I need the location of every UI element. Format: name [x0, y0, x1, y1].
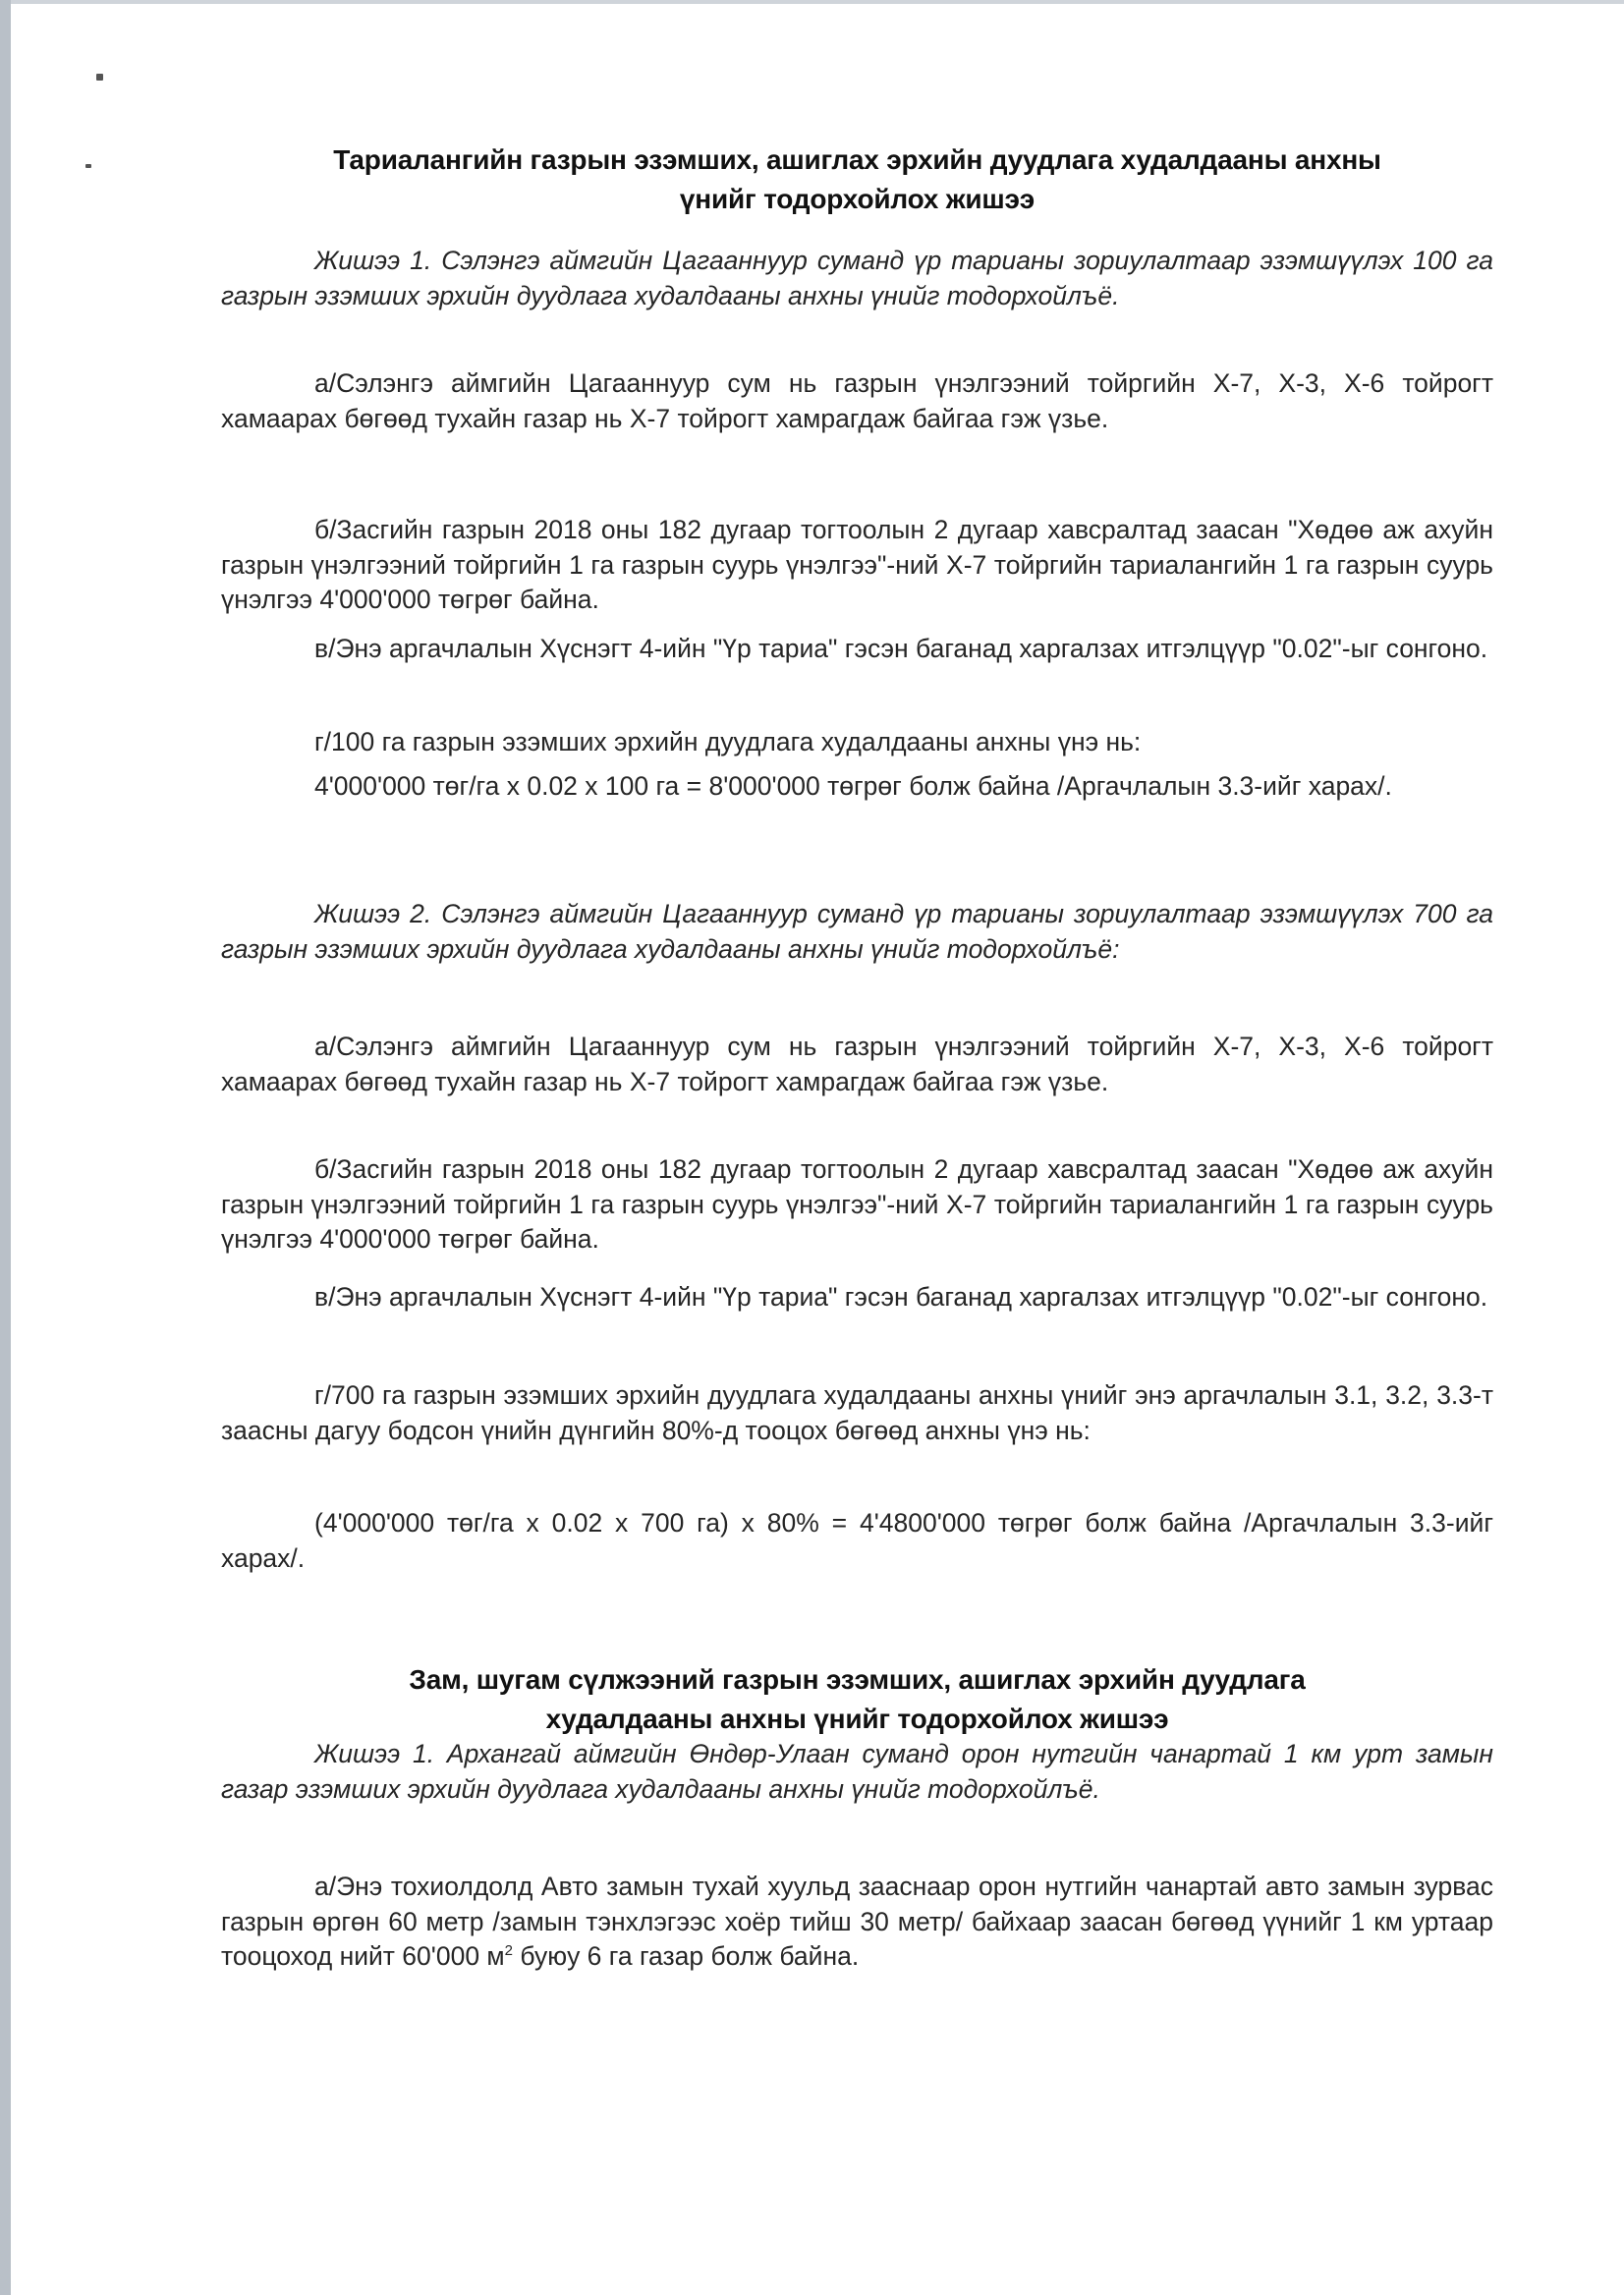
- example1-intro-text: Жишээ 1. Сэлэнгэ аймгийн Цагааннуур сума…: [221, 246, 1493, 310]
- example2-item-b-text: б/Засгийн газрын 2018 оны 182 дугаар тог…: [221, 1154, 1493, 1254]
- example1-item-b-text: б/Засгийн газрын 2018 оны 182 дугаар тог…: [221, 515, 1493, 614]
- example2-item-v: в/Энэ аргачлалын Хүснэгт 4-ийн "Үр тариа…: [221, 1280, 1493, 1315]
- scan-speck: [96, 74, 103, 81]
- section2-heading-line1: Зам, шугам сүлжээний газрын эзэмших, аши…: [221, 1660, 1493, 1700]
- section1-heading-line1: Тариалангийн газрын эзэмших, ашиглах эрх…: [221, 140, 1493, 180]
- road-example1-item-a-text-end: буюу 6 га газар болж байна.: [513, 1941, 859, 1971]
- example1-intro: Жишээ 1. Сэлэнгэ аймгийн Цагааннуур сума…: [221, 244, 1493, 313]
- example2-intro-text: Жишээ 2. Сэлэнгэ аймгийн Цагааннуур сума…: [221, 899, 1493, 964]
- example2-item-a-text: а/Сэлэнгэ аймгийн Цагааннуур сум нь газр…: [221, 1032, 1493, 1096]
- example2-item-g: г/700 га газрын эзэмших эрхийн дуудлага …: [221, 1378, 1493, 1448]
- road-example1-intro: Жишээ 1. Архангай аймгийн Өндөр-Улаан су…: [221, 1737, 1493, 1807]
- example2-item-g-text: г/700 га газрын эзэмших эрхийн дуудлага …: [221, 1380, 1493, 1445]
- example1-item-a-text: а/Сэлэнгэ аймгийн Цагааннуур сум нь газр…: [221, 368, 1493, 433]
- section2-heading: Зам, шугам сүлжээний газрын эзэмших, аши…: [221, 1660, 1493, 1739]
- scan-left-edge: [0, 0, 11, 2295]
- example1-item-v: в/Энэ аргачлалын Хүснэгт 4-ийн "Үр тариа…: [221, 632, 1493, 667]
- road-example1-intro-text: Жишээ 1. Архангай аймгийн Өндөр-Улаан су…: [221, 1739, 1493, 1804]
- example1-item-b: б/Засгийн газрын 2018 оны 182 дугаар тог…: [221, 513, 1493, 618]
- section1-heading-line2: үнийг тодорхойлох жишээ: [221, 180, 1493, 219]
- section1-heading: Тариалангийн газрын эзэмших, ашиглах эрх…: [221, 140, 1493, 219]
- superscript-2: 2: [505, 1942, 513, 1959]
- example1-formula-text: 4'000'000 төг/га x 0.02 x 100 га = 8'000…: [314, 771, 1392, 801]
- scan-top-edge: [0, 0, 1624, 4]
- example2-formula: (4'000'000 төг/га x 0.02 x 700 га) x 80%…: [221, 1506, 1493, 1576]
- example1-formula: 4'000'000 төг/га x 0.02 x 100 га = 8'000…: [221, 769, 1493, 805]
- road-example1-item-a: а/Энэ тохиолдолд Авто замын тухай хуульд…: [221, 1870, 1493, 1975]
- example2-item-a: а/Сэлэнгэ аймгийн Цагааннуур сум нь газр…: [221, 1030, 1493, 1099]
- scan-speck: [85, 164, 91, 168]
- example2-item-v-text: в/Энэ аргачлалын Хүснэгт 4-ийн "Үр тариа…: [314, 1282, 1487, 1312]
- example1-item-g-text: г/100 га газрын эзэмших эрхийн дуудлага …: [314, 727, 1141, 756]
- example1-item-a: а/Сэлэнгэ аймгийн Цагааннуур сум нь газр…: [221, 366, 1493, 436]
- example2-intro: Жишээ 2. Сэлэнгэ аймгийн Цагааннуур сума…: [221, 897, 1493, 967]
- example1-item-v-text: в/Энэ аргачлалын Хүснэгт 4-ийн "Үр тариа…: [314, 634, 1487, 663]
- example2-item-b: б/Засгийн газрын 2018 оны 182 дугаар тог…: [221, 1152, 1493, 1258]
- section2-heading-line2: худалдааны анхны үнийг тодорхойлох жишээ: [221, 1700, 1493, 1739]
- example1-item-g: г/100 га газрын эзэмших эрхийн дуудлага …: [221, 725, 1493, 760]
- example2-formula-text: (4'000'000 төг/га x 0.02 x 700 га) x 80%…: [221, 1508, 1493, 1573]
